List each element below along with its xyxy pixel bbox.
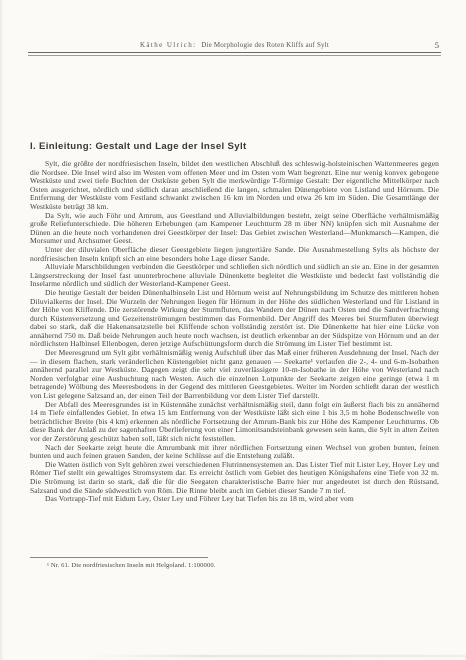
section-heading: I. Einleitung: Gestalt und Lage der Inse… — [30, 141, 439, 152]
body-paragraphs: Sylt, die größte der nordfriesischen Ins… — [30, 160, 439, 504]
header-title: Die Morphologie des Roten Kliffs auf Syl… — [201, 41, 329, 49]
document-page: Käthe Ulrich: Die Morphologie des Roten … — [0, 0, 466, 660]
footnote: ¹ Nr. 61. Die nordfriesischen Inseln mit… — [47, 562, 427, 569]
paragraph: Die heutige Gestalt der beiden Dünenhalb… — [30, 289, 439, 349]
paragraph: Sylt, die größte der nordfriesischen Ins… — [30, 160, 439, 212]
page-number: 5 — [435, 40, 439, 50]
paragraph: Das Vortrapp-Tief mit Eidum Ley, Oster L… — [30, 495, 439, 504]
scan-edge-bottom — [88, 655, 466, 657]
paragraph: Die Watten östlich von Sylt gehören zwei… — [30, 461, 439, 495]
header-author: Käthe Ulrich: — [140, 41, 197, 49]
scan-edge-left — [0, 0, 4, 660]
header-rule — [28, 52, 441, 56]
running-header-center: Käthe Ulrich: Die Morphologie des Roten … — [30, 41, 439, 49]
paragraph: Nach der Seekarte zeigt heute die Amrumb… — [30, 444, 439, 461]
paragraph: Da Sylt, wie auch Föhr und Amrum, aus Ge… — [30, 212, 439, 246]
paragraph: Alluviale Marschbildungen verbinden die … — [30, 263, 439, 289]
paragraph: Der Meeresgrund um Sylt gibt verhältnism… — [30, 349, 439, 401]
paragraph: Unter der diluvialen Oberfläche dieser G… — [30, 246, 439, 263]
footnote-rule — [30, 557, 208, 558]
paragraph: Der Abfall des Meeresgrundes ist in Küst… — [30, 401, 439, 444]
running-header: Käthe Ulrich: Die Morphologie des Roten … — [30, 41, 439, 51]
